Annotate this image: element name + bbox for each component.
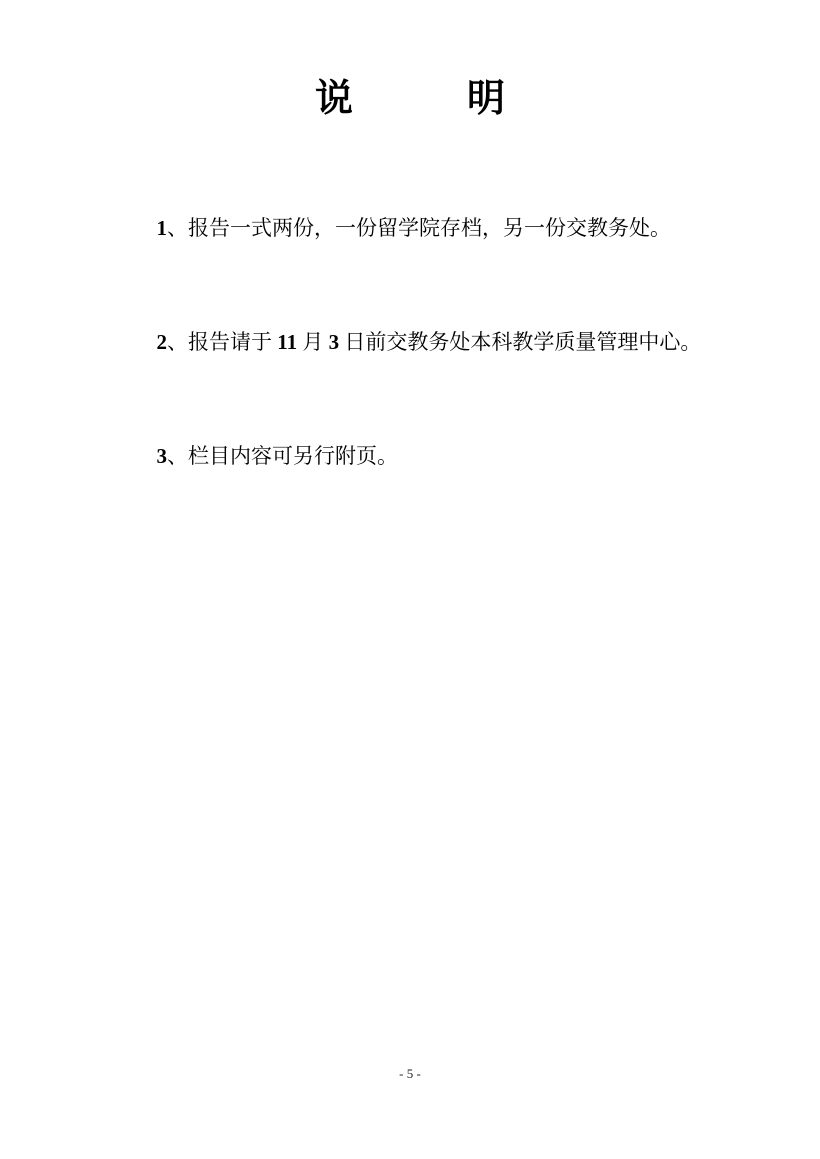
- note-item-2: 2、报告请于 11 月 3 日前交教务处本科教学质量管理中心。: [125, 300, 760, 384]
- note-number: 1: [157, 216, 168, 240]
- note-text: 月: [297, 330, 329, 354]
- note-text: 日前交教务处本科教学质量管理中心。: [339, 330, 701, 354]
- note-item-3: 3、栏目内容可另行附页。: [125, 414, 760, 498]
- note-number: 2: [157, 330, 168, 354]
- note-number: 3: [157, 444, 168, 468]
- page-title: 说 明: [0, 0, 820, 122]
- note-text: 、报告一式两份，一份留学院存档，另一份交教务处。: [167, 216, 671, 240]
- note-text: 、栏目内容可另行附页。: [167, 444, 398, 468]
- document-page: 说 明 1、报告一式两份，一份留学院存档，另一份交教务处。 2、报告请于 11 …: [0, 0, 820, 1159]
- note-text-bold-day: 3: [329, 330, 340, 354]
- note-text-bold-month: 11: [277, 330, 297, 354]
- note-text: 、报告请于: [167, 330, 277, 354]
- page-number: - 5 -: [0, 1066, 820, 1082]
- notes-list: 1、报告一式两份，一份留学院存档，另一份交教务处。 2、报告请于 11 月 3 …: [0, 186, 820, 498]
- note-item-1: 1、报告一式两份，一份留学院存档，另一份交教务处。: [125, 186, 760, 270]
